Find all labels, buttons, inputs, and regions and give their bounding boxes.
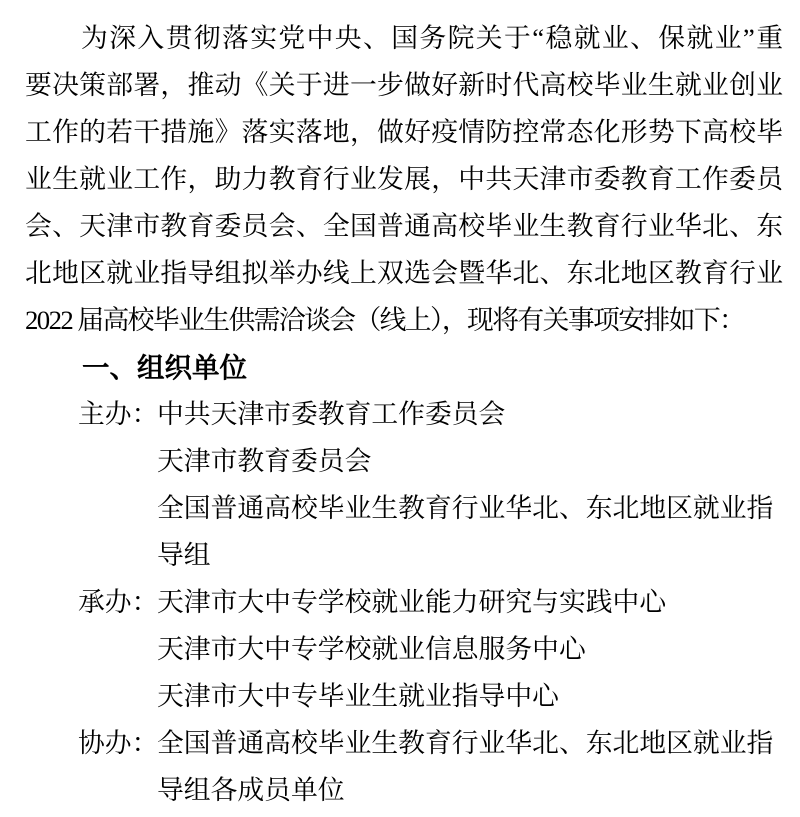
intro-paragraph: 为深入贯彻落实党中央、国务院关于“稳就业、保就业”重 要决策部署，推动《关于进一…: [25, 15, 783, 344]
section-heading-organizers: 一、组织单位: [25, 344, 783, 391]
paragraph-line-5: 会、天津市教育委员会、全国普通高校毕业生教育行业华北、东: [25, 203, 783, 250]
organizer-row-coorganizer: 协办：全国普通高校毕业生教育行业华北、东北地区就业指: [25, 720, 783, 767]
organizer-name: 全国普通高校毕业生教育行业华北、东北地区就业指: [157, 728, 773, 758]
paragraph-line-4: 业生就业工作，助力教育行业发展，中共天津市委教育工作委员: [25, 156, 783, 203]
organizer-name: 中共天津市委教育工作委员会: [157, 399, 505, 429]
organizer-name: 天津市大中专学校就业能力研究与实践中心: [157, 587, 666, 617]
paragraph-line-7: 2022 届高校毕业生供需洽谈会（线上），现将有关事项安排如下：: [25, 297, 783, 344]
organizer-row-host-3-wrap: 导组: [25, 532, 783, 579]
document-page: 为深入贯彻落实党中央、国务院关于“稳就业、保就业”重 要决策部署，推动《关于进一…: [0, 0, 800, 817]
paragraph-line-3: 工作的若干措施》落实落地，做好疫情防控常态化形势下高校毕: [25, 109, 783, 156]
organizer-name: 导组各成员单位: [157, 775, 345, 805]
organizer-row-undertaker-3: 天津市大中专毕业生就业指导中心: [25, 673, 783, 720]
organizer-row-coorganizer-wrap: 导组各成员单位: [25, 767, 783, 814]
organizer-row-undertaker-2: 天津市大中专学校就业信息服务中心: [25, 626, 783, 673]
paragraph-line-1: 为深入贯彻落实党中央、国务院关于“稳就业、保就业”重: [25, 15, 783, 62]
paragraph-line-2: 要决策部署，推动《关于进一步做好新时代高校毕业生就业创业: [25, 62, 783, 109]
organizer-row-undertaker: 承办：天津市大中专学校就业能力研究与实践中心: [25, 579, 783, 626]
document-body: 为深入贯彻落实党中央、国务院关于“稳就业、保就业”重 要决策部署，推动《关于进一…: [0, 0, 783, 814]
organizer-row-host: 主办：中共天津市委教育工作委员会: [25, 391, 783, 438]
organizer-name: 天津市教育委员会: [157, 446, 371, 476]
organizer-name: 天津市大中专学校就业信息服务中心: [157, 634, 586, 664]
organizer-label-undertaker: 承办：: [78, 579, 157, 626]
organizer-row-host-2: 天津市教育委员会: [25, 438, 783, 485]
organizer-label-coorganizer: 协办：: [78, 720, 157, 767]
organizer-name: 全国普通高校毕业生教育行业华北、东北地区就业指: [157, 493, 773, 523]
paragraph-line-6: 北地区就业指导组拟举办线上双选会暨华北、东北地区教育行业: [25, 250, 783, 297]
organizer-row-host-3: 全国普通高校毕业生教育行业华北、东北地区就业指: [25, 485, 783, 532]
organizer-label-host: 主办：: [78, 391, 157, 438]
organizer-name: 导组: [157, 540, 211, 570]
organizer-name: 天津市大中专毕业生就业指导中心: [157, 681, 559, 711]
